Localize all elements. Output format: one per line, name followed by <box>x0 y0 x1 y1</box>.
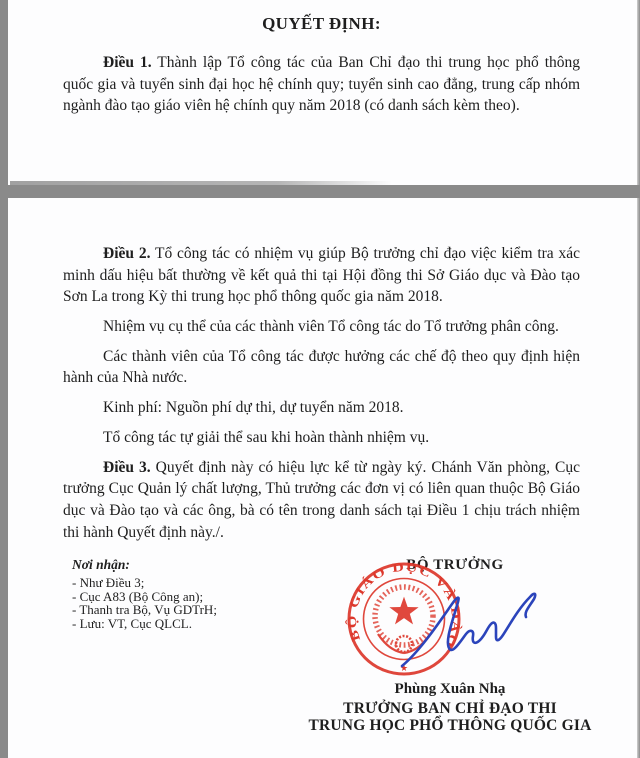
recipient-item: - Như Điều 3; <box>72 576 312 590</box>
recipients-list: - Như Điều 3; - Cục A83 (Bộ Công an); - … <box>72 576 312 630</box>
recipients-block: Nơi nhận: - Như Điều 3; - Cục A83 (Bộ Cô… <box>72 557 312 630</box>
assignment-paragraph: Nhiệm vụ cụ thể của các thành viên Tổ cô… <box>63 316 580 338</box>
page-2: Điều 2. Tổ công tác có nhiệm vụ giúp Bộ … <box>63 243 580 551</box>
page-1: QUYẾT ĐỊNH: Điều 1. Thành lập Tổ công tá… <box>63 14 580 125</box>
scan-edge-left <box>0 0 8 758</box>
scanned-decision-document: QUYẾT ĐỊNH: Điều 1. Thành lập Tổ công tá… <box>0 0 640 758</box>
article-1-label: Điều 1. <box>103 54 152 71</box>
article-3-label: Điều 3. <box>103 459 151 476</box>
recipients-heading: Nơi nhận: <box>72 557 312 573</box>
budget-paragraph: Kinh phí: Nguồn phí dự thi, dự tuyển năm… <box>63 397 580 419</box>
signer-role-line1: TRƯỞNG BAN CHỈ ĐẠO THI <box>300 700 600 717</box>
document-title: QUYẾT ĐỊNH: <box>63 14 580 34</box>
article-2-label: Điều 2. <box>103 245 150 262</box>
recipient-item: - Lưu: VT, Cục QLCL. <box>72 617 312 631</box>
recipient-item: - Thanh tra Bộ, Vụ GDTrH; <box>72 603 312 617</box>
dissolution-paragraph: Tổ công tác tự giải thể sau khi hoàn thà… <box>63 427 580 449</box>
signer-identity: Phùng Xuân Nhạ TRƯỞNG BAN CHỈ ĐẠO THI TR… <box>300 681 600 734</box>
page-separator-bar <box>8 185 640 198</box>
signer-role-line2: TRUNG HỌC PHỔ THÔNG QUỐC GIA <box>300 717 600 734</box>
members-benefit-paragraph: Các thành viên của Tổ công tác được hưởn… <box>63 346 580 389</box>
article-2-paragraph: Điều 2. Tổ công tác có nhiệm vụ giúp Bộ … <box>63 243 580 308</box>
signer-name: Phùng Xuân Nhạ <box>300 681 600 698</box>
article-1-paragraph: Điều 1. Thành lập Tổ công tác của Ban Ch… <box>63 52 580 117</box>
signature-stroke <box>402 594 535 666</box>
recipient-item: - Cục A83 (Bộ Công an); <box>72 590 312 604</box>
handwritten-signature-icon <box>396 578 540 672</box>
article-3-paragraph: Điều 3. Quyết định này có hiệu lực kể từ… <box>63 457 580 544</box>
